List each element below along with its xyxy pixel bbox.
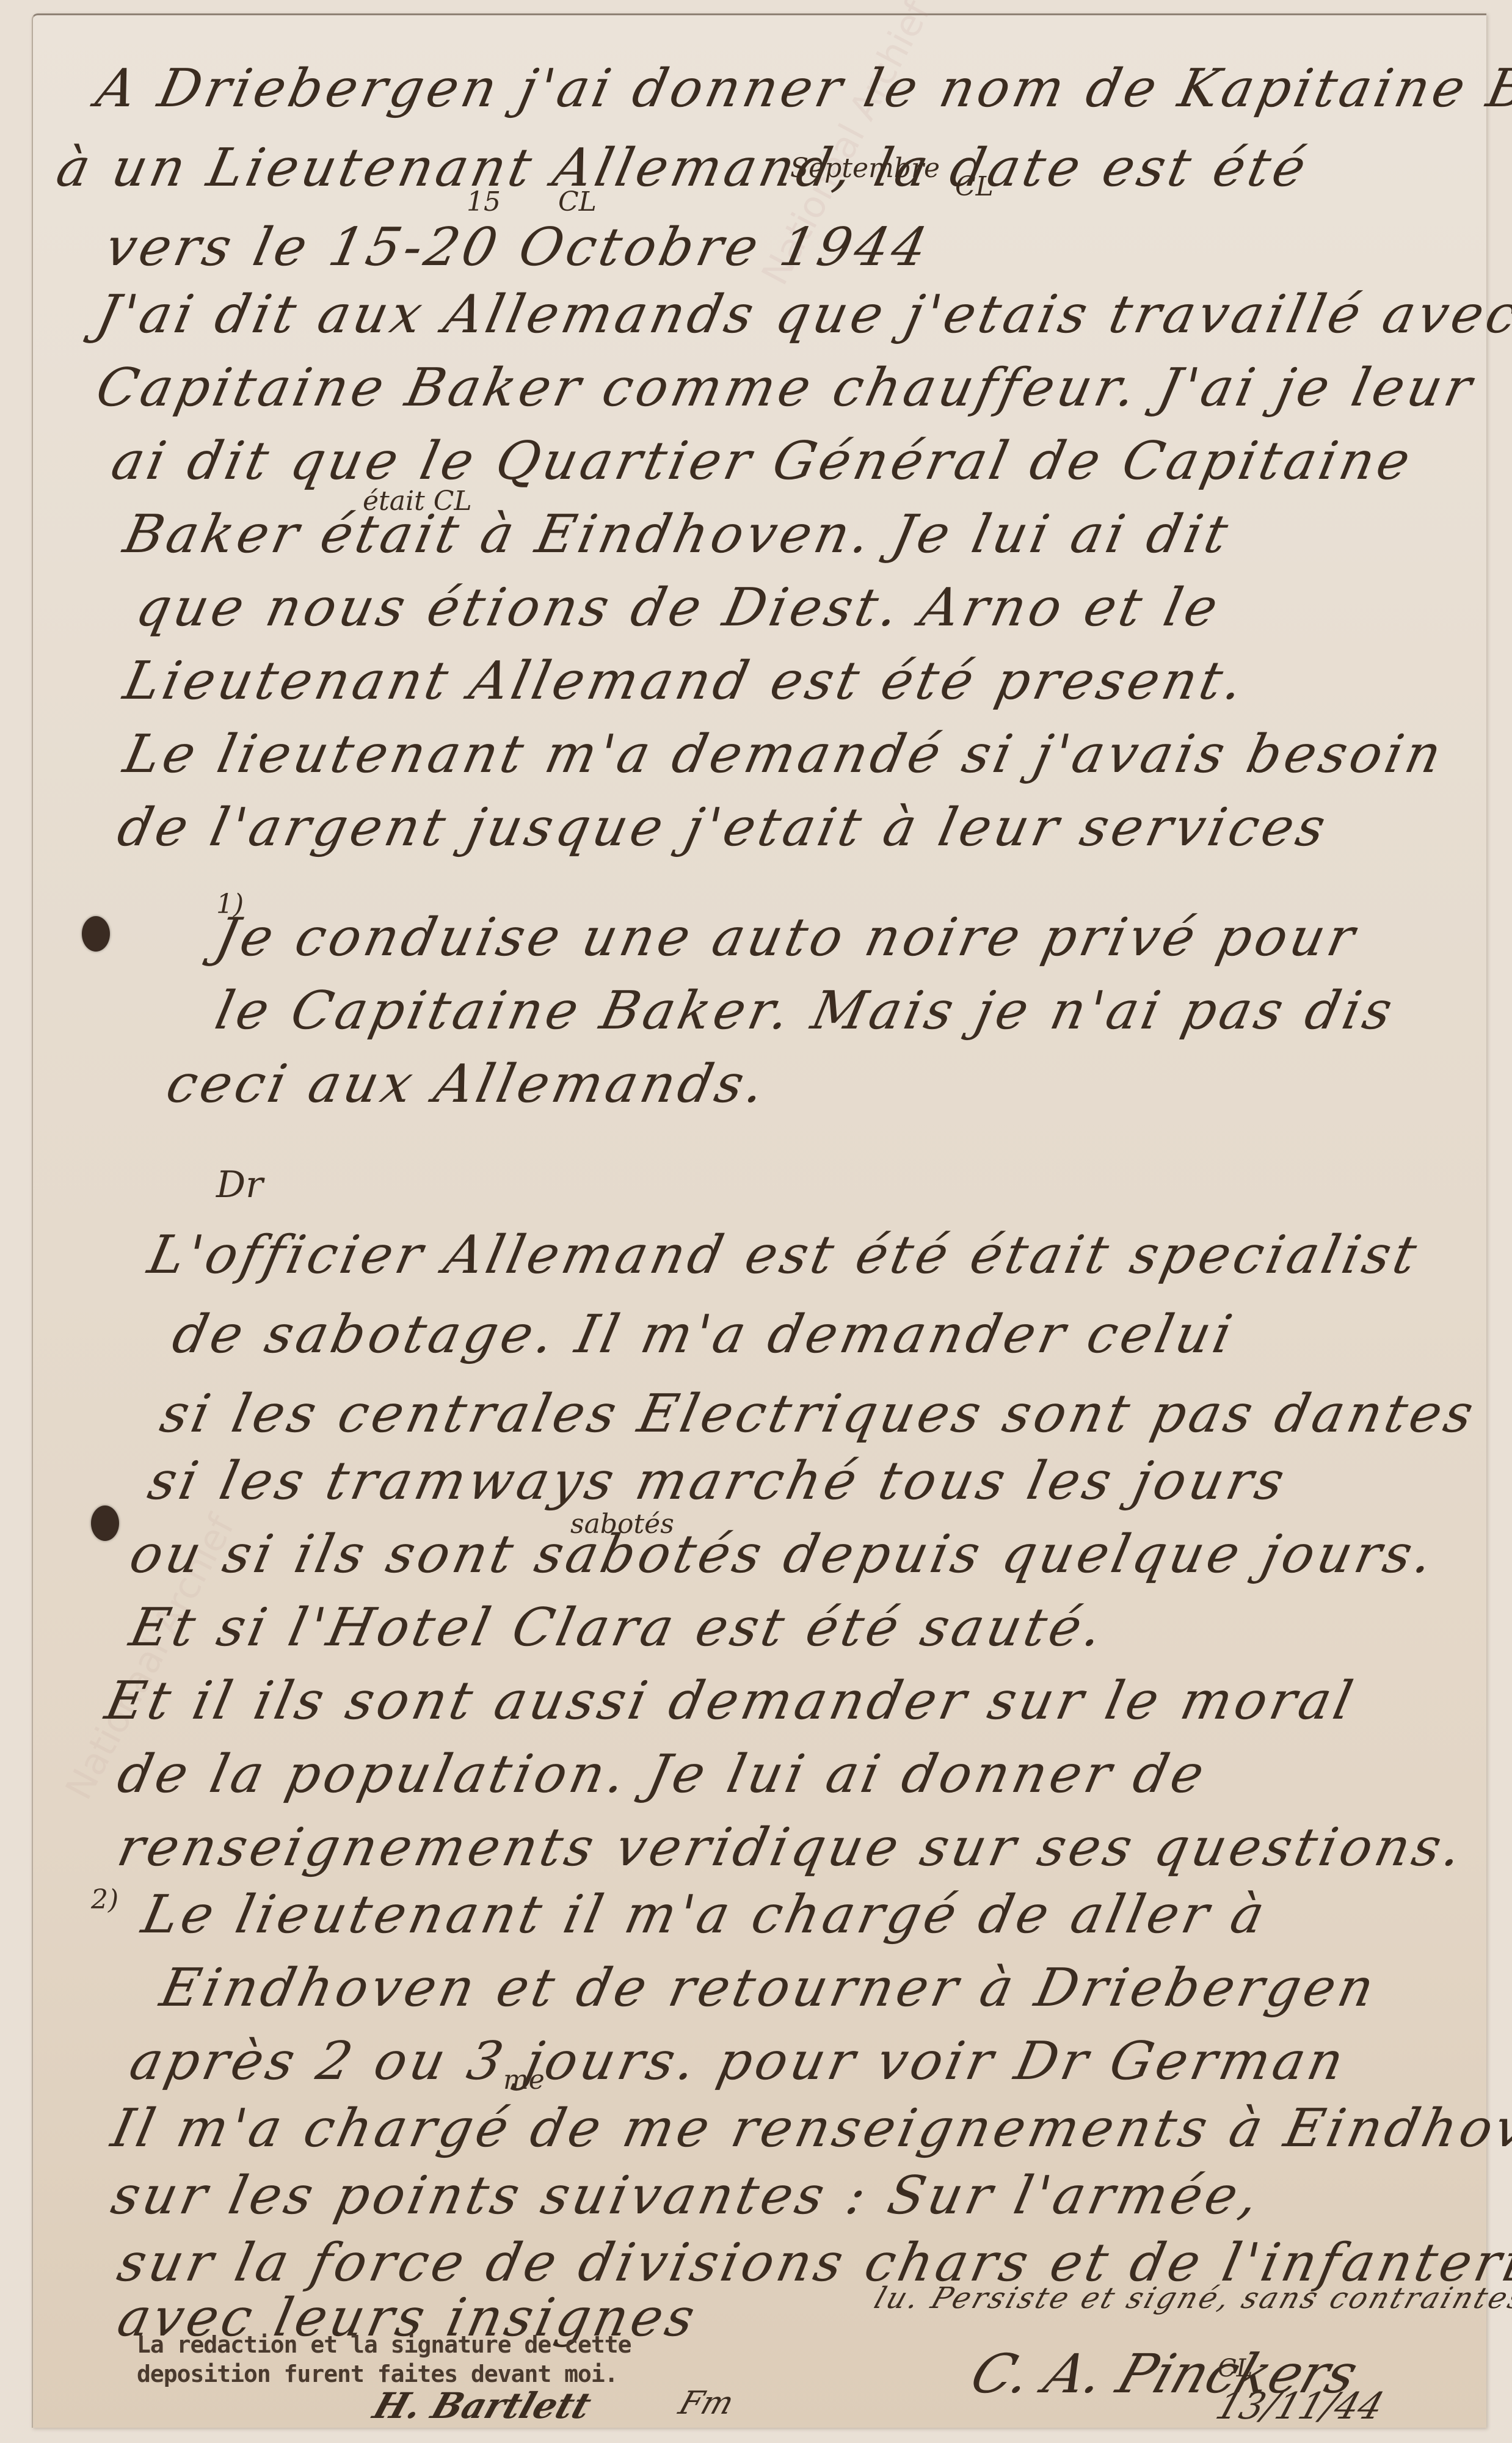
- handwritten-line-16: de sabotage. Il m'a demander celui: [167, 1304, 1241, 1365]
- handwritten-line-22: de la population. Je lui ai donner de: [112, 1744, 1213, 1805]
- typed-certification-line-1: La redaction et la signature de cette: [137, 2330, 631, 2359]
- officer-signature-suffix: Fm: [674, 2385, 738, 2422]
- handwritten-line-12: Je conduise une auto noire privé pour: [210, 907, 1364, 968]
- handwritten-line-19: ou si ils sont sabotés depuis quelque jo…: [125, 1524, 1442, 1585]
- margin-note-dr: Dr: [216, 1163, 263, 1206]
- handwritten-line-15: L'officier Allemand est été était specia…: [143, 1225, 1425, 1286]
- document-sheet: Nationaal Archief Nationaal Archief A Dr…: [32, 13, 1486, 2428]
- deponent-initials: CL: [1218, 2354, 1252, 2383]
- insertion-date-15: 15: [467, 186, 501, 217]
- punch-hole-lower: [91, 1505, 119, 1541]
- handwritten-line-11: de l'argent jusque j'etait à leur servic…: [112, 797, 1334, 858]
- handwritten-line-2: à un Lieutenant Allemand, la date est ét…: [51, 137, 1315, 198]
- handwritten-line-10: Le lieutenant m'a demandé si j'avais bes…: [118, 724, 1450, 785]
- deponent-date: 13/11/44: [1211, 2385, 1389, 2428]
- handwritten-line-23: renseignements veridique sur ses questio…: [112, 1817, 1470, 1878]
- insertion-septembre: Septembre: [790, 153, 940, 184]
- typed-certification-line-2: deposition furent faites devant moi.: [137, 2359, 618, 2389]
- handwritten-line-4: J'ai dit aux Allemands que j'etais trava…: [91, 284, 1512, 345]
- handwritten-line-28: sur les points suivantes : Sur l'armée,: [106, 2165, 1267, 2226]
- handwritten-line-8: que nous étions de Diest. Arno et le: [131, 577, 1226, 638]
- punch-hole-upper: [82, 916, 110, 952]
- handwritten-line-7: Baker était à Eindhoven. Je lui ai dit: [118, 504, 1237, 565]
- handwritten-line-27: Il m'a chargé de me renseignements à Ein…: [106, 2098, 1512, 2159]
- insertion-me: me: [503, 2064, 545, 2095]
- handwritten-line-25: Eindhoven et de retourner à Driebergen: [155, 1957, 1383, 2019]
- handwritten-line-9: Lieutenant Allemand est été present.: [118, 650, 1252, 712]
- handwritten-line-24: Le lieutenant il m'a chargé de aller à: [137, 1884, 1273, 1945]
- handwritten-line-26: après 2 ou 3 jours. pour voir Dr German: [125, 2031, 1353, 2092]
- insertion-cl-1: CL: [955, 171, 994, 202]
- handwritten-line-21: Et il ils sont aussi demander sur le mor…: [100, 1670, 1361, 1731]
- officer-signature: H. Bartlett: [368, 2385, 597, 2427]
- handwritten-line-13: le Capitaine Baker. Mais je n'ai pas dis: [210, 980, 1401, 1041]
- handwritten-line-1: A Driebergen j'ai donner le nom de Kapit…: [91, 58, 1512, 119]
- handwritten-line-3: vers le 15-20 Octobre 1944: [100, 217, 936, 278]
- margin-note-2: 2): [91, 1884, 118, 1915]
- handwritten-line-20: Et si l'Hotel Clara est été sauté.: [125, 1597, 1111, 1658]
- handwritten-line-6: ai dit que le Quartier Général de Capita…: [106, 431, 1419, 492]
- handwritten-line-5: Capitaine Baker comme chauffeur. J'ai je…: [91, 357, 1481, 418]
- handwritten-line-18: si les tramways marché tous les jours: [143, 1451, 1293, 1512]
- handwritten-line-14: ceci aux Allemands.: [161, 1054, 774, 1115]
- insertion-cl-2: CL: [558, 186, 597, 217]
- handwritten-line-17: si les centrales Electriques sont pas da…: [155, 1383, 1482, 1444]
- deponent-closing-statement: lu. Persiste et signé, sans contraintes: [870, 2281, 1512, 2315]
